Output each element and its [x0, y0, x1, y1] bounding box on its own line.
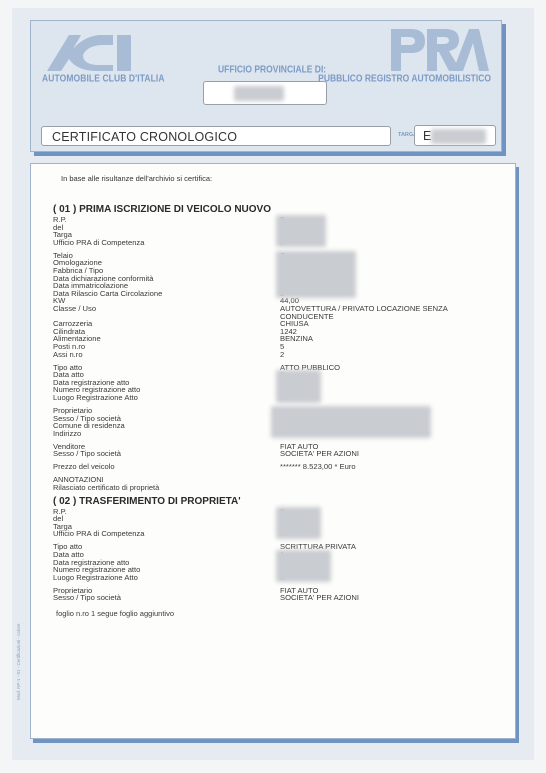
section-title: ( 02 ) TRASFERIMENTO DI PROPRIETA' — [53, 496, 241, 507]
targa-field: E — [414, 125, 496, 146]
field-row: Luogo Registrazione AttoR — [53, 574, 493, 582]
redacted-block — [276, 370, 321, 402]
annotations-text: Rilasciato certificato di proprietà — [53, 484, 159, 492]
field-row: Sesso / Tipo societàSOCIETA' PER AZIONI — [53, 450, 493, 458]
field-label: Ufficio PRA di Competenza — [53, 239, 144, 247]
field-row: Sesso / Tipo societàSOCIETA' PER AZIONI — [53, 594, 493, 602]
certificate-body: In base alle risultanze dell'archivio si… — [30, 163, 516, 739]
field-value: SOCIETA' PER AZIONI — [280, 450, 359, 458]
field-label: Luogo Registrazione Atto — [53, 574, 138, 582]
redacted-block — [276, 550, 331, 582]
certificate-header: AUTOMOBILE CLUB D'ITALIA UFFICIO PROVINC… — [30, 20, 502, 152]
intro-text: In base alle risultanze dell'archivio si… — [61, 174, 212, 183]
field-row: Ufficio PRA di CompetenzaR — [53, 239, 493, 247]
field-row: Ufficio PRA di CompetenzaR — [53, 530, 493, 538]
field-label: Assi n.ro — [53, 351, 83, 359]
field-value: SOCIETA' PER AZIONI — [280, 594, 359, 602]
redacted-block — [271, 406, 431, 438]
ufficio-label: UFFICIO PROVINCIALE DI: — [218, 63, 326, 75]
redacted-block — [276, 215, 326, 247]
field-label: Luogo Registrazione Atto — [53, 394, 138, 402]
redacted-block — [234, 86, 284, 101]
aci-name: AUTOMOBILE CLUB D'ITALIA — [42, 72, 165, 84]
ufficio-field — [203, 81, 327, 105]
field-row: Prezzo del veicolo******* 8.523,00 * Eur… — [53, 463, 493, 471]
field-label: Indirizzo — [53, 430, 81, 438]
document-title: CERTIFICATO CRONOLOGICO — [41, 126, 391, 146]
redacted-block — [276, 507, 321, 539]
field-label: Ufficio PRA di Competenza — [53, 530, 144, 538]
pra-logo-icon — [389, 27, 489, 73]
footer-note: foglio n.ro 1 segue foglio aggiuntivo — [56, 609, 174, 618]
field-label: Prezzo del veicolo — [53, 463, 115, 471]
pra-name: PUBBLICO REGISTRO AUTOMOBILISTICO — [318, 72, 491, 84]
redacted-block — [431, 129, 486, 144]
section-title: ( 01 ) PRIMA ISCRIZIONE DI VEICOLO NUOVO — [53, 204, 271, 215]
aci-logo-icon — [43, 29, 143, 73]
field-value: 2 — [280, 351, 284, 359]
form-code: Mod. NP-1 - 01 - Certificazioni - colore — [16, 623, 21, 700]
field-value: ******* 8.523,00 * Euro — [280, 463, 356, 471]
field-label: Sesso / Tipo società — [53, 594, 121, 602]
redacted-block — [276, 251, 356, 299]
field-row: Luogo Registrazione AttoR — [53, 394, 493, 402]
field-row: Assi n.ro2 — [53, 351, 493, 359]
field-label: Sesso / Tipo società — [53, 450, 121, 458]
